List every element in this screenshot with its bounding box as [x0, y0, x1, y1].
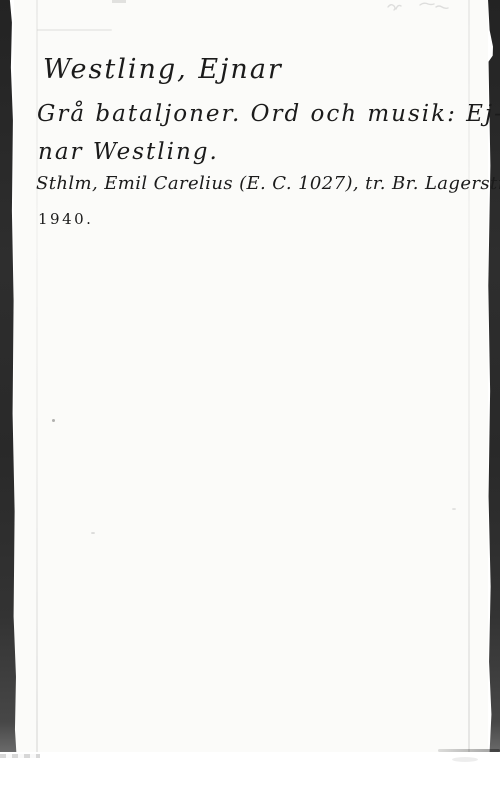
scan-remnant-marks	[0, 754, 40, 758]
year-line: 1940.	[38, 212, 93, 227]
scanned-catalog-card: Westling, Ejnar Grå bataljoner. Ord och …	[0, 0, 500, 800]
pencil-marks	[386, 1, 456, 15]
scan-smudge	[452, 757, 478, 762]
title-statement-line-1: Grå bataljoner. Ord och musik: Ej-	[37, 103, 500, 126]
title-statement-line-2: nar Westling.	[38, 141, 219, 164]
top-edge-mark	[112, 0, 126, 3]
paper-crease	[37, 29, 112, 31]
paper-speck	[52, 419, 55, 422]
card-heading-author: Westling, Ejnar	[43, 56, 283, 83]
paper-speck	[91, 532, 95, 534]
imprint-line: Sthlm, Emil Carelius (E. C. 1027), tr. B…	[36, 175, 500, 193]
card-bottom-edge-shadow	[438, 749, 500, 752]
paper-speck	[452, 508, 456, 510]
